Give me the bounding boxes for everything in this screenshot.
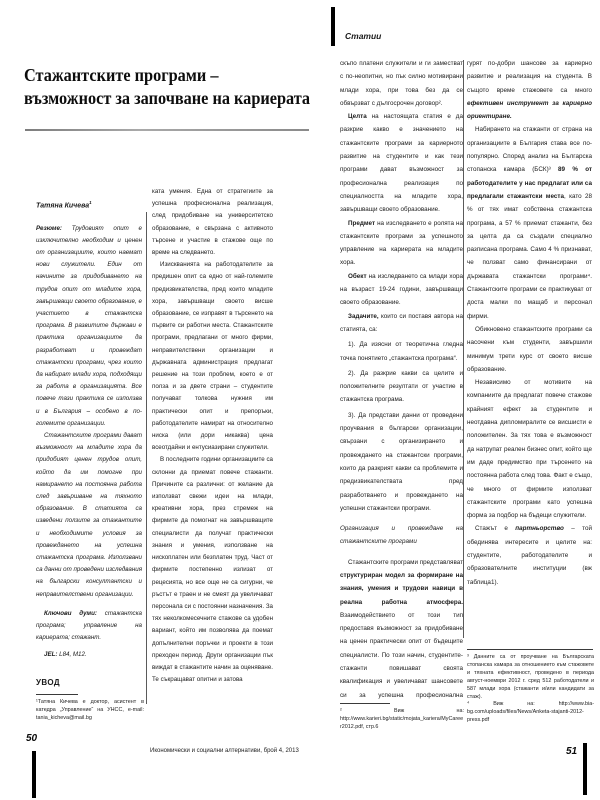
article-title: Стажантските програми – възможност за за… <box>24 64 303 110</box>
jel-label: JEL: <box>44 651 57 658</box>
model-bold: структуриран модел за формиране на знани… <box>340 572 463 606</box>
partnership-bold: партньорство <box>515 525 564 532</box>
lead-word-tasks: Задачите, <box>348 313 379 320</box>
body-paragraph: скъпо платени служители и ги заместват с… <box>340 57 463 110</box>
footnote-rule-right-col1 <box>340 703 390 704</box>
author-footnote-mark: 1 <box>89 200 92 205</box>
keywords-label: Ключови думи: <box>44 610 97 617</box>
right-page-column-1: скъпо платени служители и ги заместват с… <box>340 57 463 702</box>
left-page-column-1: Татяна Кичева1 Резюме: Трудовият опит е … <box>36 197 142 689</box>
abstract-paragraph-2: Стажантските програми дават възможност н… <box>36 430 142 601</box>
model-pre: Стажантските програми представляват <box>348 559 463 566</box>
journal-footer: Икономически и социални алтернативи, бро… <box>150 748 325 754</box>
title-divider-rule <box>25 129 309 131</box>
footnote-4-text: ⁴ Виж на: http://www.bia-bg.com/uploads/… <box>467 701 594 725</box>
task-list-item-2: 2). Да разкрие какви са целите и положит… <box>340 367 463 407</box>
task-list-item-3: 3). Да представи данни от проведени проу… <box>340 409 463 515</box>
article-title-line-1: Стажантските програми – <box>24 64 303 87</box>
author-name: Татяна Кичева1 <box>36 197 142 213</box>
body-paragraph: В последните години организациите са скл… <box>152 454 273 686</box>
article-title-line-2: възможност за започване на кариерата <box>24 87 303 110</box>
body-paragraph-object: Обект на изследването са млади хора на в… <box>340 270 463 310</box>
partnership-pre: Стажът е <box>475 525 515 532</box>
footnote-2-text: ² Виж на: http://www.karieri.bg/static/m… <box>340 708 464 732</box>
journal-spread: Стажантските програми – възможност за за… <box>0 0 600 800</box>
partnership-post: – той обединява интересите и целите на: … <box>467 525 592 585</box>
body-paragraph: Изискванията на работодателите за предиш… <box>152 259 273 454</box>
author-name-text: Татяна Кичева <box>36 202 89 209</box>
body-paragraph: ката умения. Една от стратегиите за успе… <box>152 186 273 259</box>
section-heading-uvod: УВОД <box>36 677 142 689</box>
jel-text: L84, M12. <box>57 651 86 658</box>
body-paragraph: Независимо от мотивите на компаниите да … <box>467 376 592 522</box>
footnote-rule-left <box>36 694 78 695</box>
lead-word-subject: Предмет <box>348 220 375 227</box>
body-paragraph-model: Стажантските програми представляват стру… <box>340 556 463 702</box>
subsection-heading: Организация и провеждане на стажантските… <box>340 522 463 549</box>
lead-word-object: Обект <box>348 273 367 280</box>
model-post: Взаимодействието от този тип предоставя … <box>340 612 463 702</box>
task-list-item-1: 1). Да изясни от теоретична гледна точка… <box>340 338 463 365</box>
page-corner-bar-right <box>583 743 587 795</box>
footnotes-3-4: ³ Данните са от проучване на Българската… <box>467 654 594 725</box>
footnote-author-text: ¹Татяна Кичева е доктор, асистент в кате… <box>36 699 144 723</box>
abstract-text-1: Трудовият опит е изключително необходим … <box>36 225 142 427</box>
left-page-column-2: ката умения. Една от стратегиите за успе… <box>152 186 273 734</box>
body-paragraph-tasks: Задачите, които си поставя автора на ста… <box>340 310 463 337</box>
abstract-paragraph-1: Резюме: Трудовият опит е изключително не… <box>36 223 142 430</box>
career-bold: ефективен инструмент за кариерно ориенти… <box>467 100 592 120</box>
career-pre: гурят по-добри шансове за кариерно разви… <box>467 60 592 94</box>
right-page-column-2: гурят по-добри шансове за кариерно разви… <box>467 57 592 642</box>
goal-text: на настоящата статия е да разкрие какво … <box>340 113 463 213</box>
stats-post: , като 28 % от тях имат собствена стажан… <box>467 193 592 320</box>
body-paragraph-career: гурят по-добри шансове за кариерно разви… <box>467 57 592 123</box>
right-page-column-divider <box>463 60 464 638</box>
footnote-author: ¹Татяна Кичева е доктор, асистент в кате… <box>36 699 144 723</box>
footnote-rule-right-col2 <box>467 649 593 650</box>
page-number-50: 50 <box>26 733 37 744</box>
keywords-line: Ключови думи: стажантска програма; управ… <box>36 608 142 645</box>
page-corner-bar-left <box>32 751 36 798</box>
page-number-51: 51 <box>566 746 577 757</box>
body-paragraph-goal: Целта на настоящата статия е да разкрие … <box>340 110 463 216</box>
left-page-column-divider <box>146 212 147 704</box>
lead-word-goal: Целта <box>348 113 367 120</box>
footnote-2: ² Виж на: http://www.karieri.bg/static/m… <box>340 708 464 732</box>
section-header-statii: Статии <box>345 31 381 41</box>
jel-line: JEL: L84, M12. <box>36 649 142 661</box>
abstract-label: Резюме: <box>36 225 62 232</box>
body-paragraph: Обикновено стажантските програми са насо… <box>467 323 592 376</box>
section-header-bar <box>331 7 335 46</box>
body-paragraph-subject: Предмет на изследването е ролята на стаж… <box>340 217 463 270</box>
body-paragraph-statistics: Набирането на стажанти от страна на орга… <box>467 123 592 322</box>
footnote-3-text: ³ Данните са от проучване на Българската… <box>467 654 594 701</box>
body-paragraph-partnership: Стажът е партньорство – той обединява ин… <box>467 522 592 588</box>
